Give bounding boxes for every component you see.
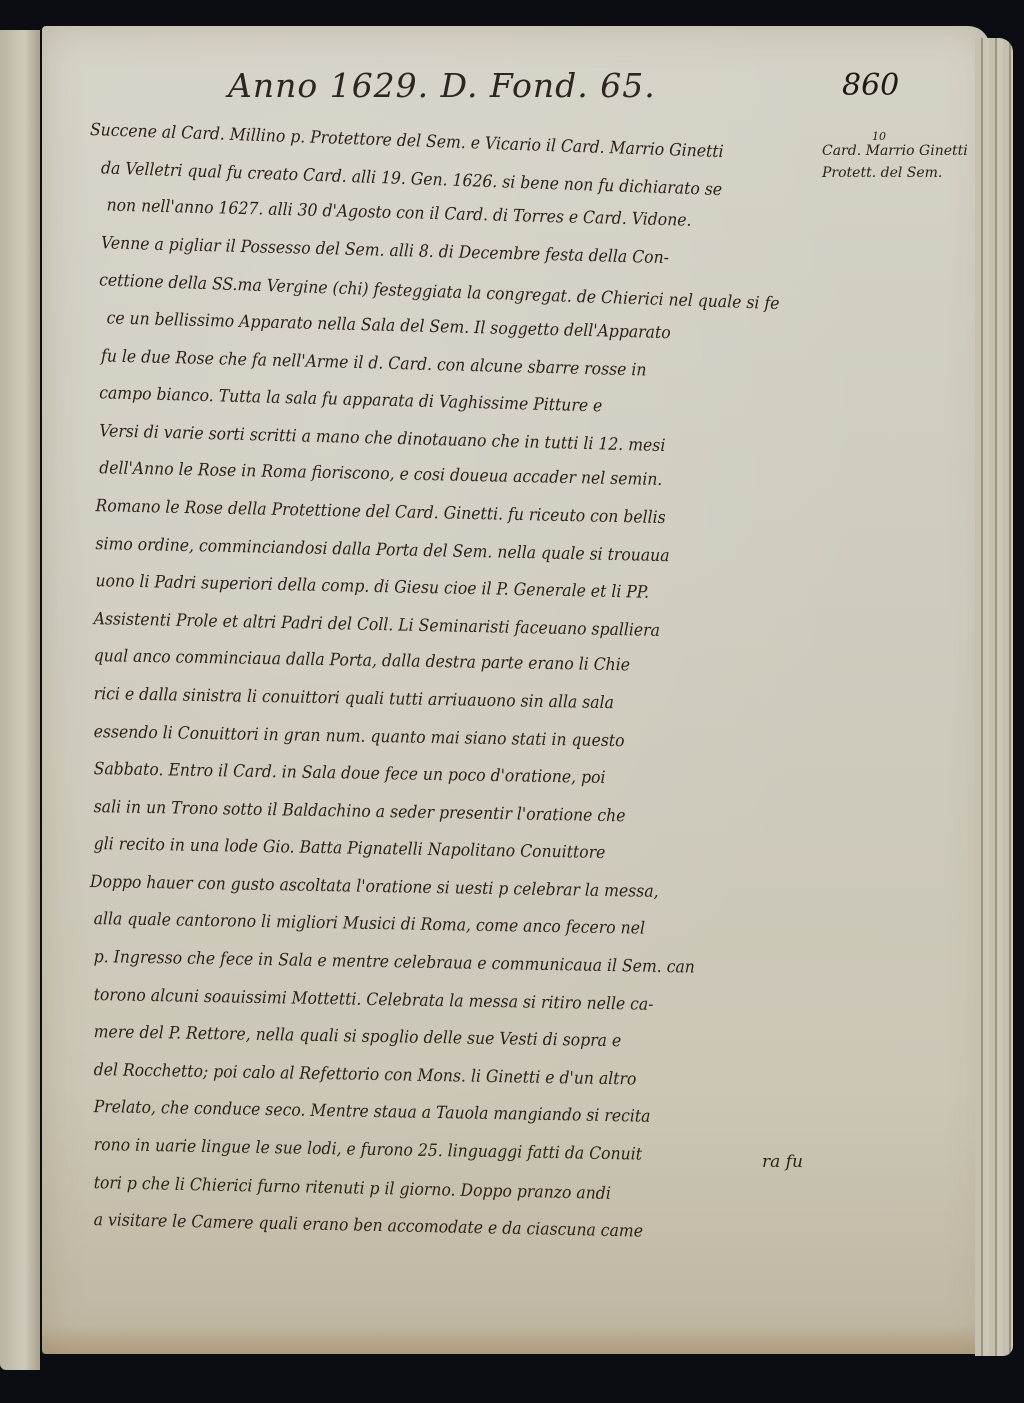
margin-note-line: Protett. del Sem. — [822, 162, 982, 184]
margin-note: 10 Card. Marrio Ginetti Protett. del Sem… — [822, 140, 982, 184]
adjacent-page-edge — [0, 30, 40, 1370]
catchword: ra fu — [762, 1152, 803, 1172]
page-header: Anno 1629. D. Fond. 65. — [228, 66, 656, 105]
manuscript-body: Succene al Card. Millino p. Protettore d… — [90, 112, 790, 1240]
folio-number: 860 — [842, 68, 899, 103]
margin-note-superscript: 10 — [872, 126, 886, 148]
page-stack-edges — [975, 38, 1013, 1356]
margin-note-line: Card. Marrio Ginetti — [822, 140, 982, 162]
